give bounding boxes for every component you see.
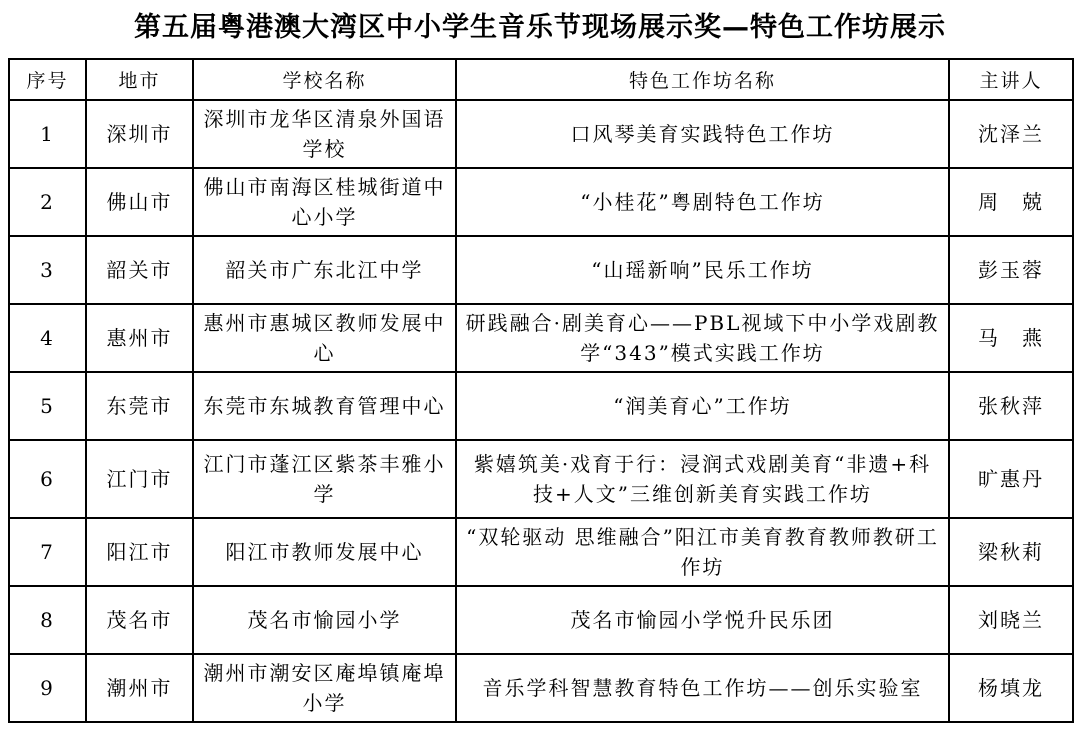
cell-no: 3	[9, 236, 86, 304]
cell-speaker: 杨填龙	[949, 654, 1073, 722]
table-row: 2 佛山市 佛山市南海区桂城街道中心小学 “小桂花”粤剧特色工作坊 周 兢	[9, 168, 1073, 236]
cell-workshop: 茂名市愉园小学悦升民乐团	[456, 586, 949, 654]
table-row: 9 潮州市 潮州市潮安区庵埠镇庵埠小学 音乐学科智慧教育特色工作坊——创乐实验室…	[9, 654, 1073, 722]
cell-workshop: 口风琴美育实践特色工作坊	[456, 100, 949, 168]
cell-city: 韶关市	[86, 236, 193, 304]
table-row: 5 东莞市 东莞市东城教育管理中心 “润美育心”工作坊 张秋萍	[9, 372, 1073, 440]
cell-school: 阳江市教师发展中心	[193, 518, 456, 586]
cell-school: 茂名市愉园小学	[193, 586, 456, 654]
cell-speaker: 马 燕	[949, 304, 1073, 372]
cell-workshop: 紫嬉筑美·戏育于行：浸润式戏剧美育“非遗+科技+人文”三维创新美育实践工作坊	[456, 440, 949, 518]
cell-workshop: 研践融合·剧美育心——PBL视域下中小学戏剧教学“343”模式实践工作坊	[456, 304, 949, 372]
cell-no: 2	[9, 168, 86, 236]
table-row: 6 江门市 江门市蓬江区紫茶丰雅小学 紫嬉筑美·戏育于行：浸润式戏剧美育“非遗+…	[9, 440, 1073, 518]
cell-school: 韶关市广东北江中学	[193, 236, 456, 304]
cell-city: 佛山市	[86, 168, 193, 236]
cell-workshop: “双轮驱动 思维融合”阳江市美育教育教师教研工作坊	[456, 518, 949, 586]
cell-workshop: “山瑶新响”民乐工作坊	[456, 236, 949, 304]
cell-no: 5	[9, 372, 86, 440]
table-row: 4 惠州市 惠州市惠城区教师发展中心 研践融合·剧美育心——PBL视域下中小学戏…	[9, 304, 1073, 372]
cell-no: 1	[9, 100, 86, 168]
cell-school: 惠州市惠城区教师发展中心	[193, 304, 456, 372]
cell-school: 东莞市东城教育管理中心	[193, 372, 456, 440]
cell-city: 东莞市	[86, 372, 193, 440]
cell-speaker: 彭玉蓉	[949, 236, 1073, 304]
cell-workshop: “润美育心”工作坊	[456, 372, 949, 440]
header-school: 学校名称	[193, 59, 456, 100]
cell-city: 茂名市	[86, 586, 193, 654]
cell-speaker: 刘晓兰	[949, 586, 1073, 654]
cell-speaker: 张秋萍	[949, 372, 1073, 440]
table-row: 8 茂名市 茂名市愉园小学 茂名市愉园小学悦升民乐团 刘晓兰	[9, 586, 1073, 654]
cell-city: 潮州市	[86, 654, 193, 722]
cell-no: 9	[9, 654, 86, 722]
cell-no: 6	[9, 440, 86, 518]
header-workshop: 特色工作坊名称	[456, 59, 949, 100]
cell-city: 深圳市	[86, 100, 193, 168]
cell-speaker: 旷惠丹	[949, 440, 1073, 518]
cell-school: 潮州市潮安区庵埠镇庵埠小学	[193, 654, 456, 722]
cell-city: 惠州市	[86, 304, 193, 372]
cell-school: 江门市蓬江区紫茶丰雅小学	[193, 440, 456, 518]
page-title: 第五届粤港澳大湾区中小学生音乐节现场展示奖—特色工作坊展示	[0, 0, 1080, 46]
cell-speaker: 梁秋莉	[949, 518, 1073, 586]
document-page: 第五届粤港澳大湾区中小学生音乐节现场展示奖—特色工作坊展示 序号 地市 学校名称…	[0, 0, 1080, 729]
header-city: 地市	[86, 59, 193, 100]
header-no: 序号	[9, 59, 86, 100]
cell-no: 4	[9, 304, 86, 372]
header-speaker: 主讲人	[949, 59, 1073, 100]
cell-workshop: 音乐学科智慧教育特色工作坊——创乐实验室	[456, 654, 949, 722]
cell-city: 阳江市	[86, 518, 193, 586]
cell-no: 7	[9, 518, 86, 586]
table-row: 1 深圳市 深圳市龙华区清泉外国语学校 口风琴美育实践特色工作坊 沈泽兰	[9, 100, 1073, 168]
cell-speaker: 沈泽兰	[949, 100, 1073, 168]
awards-table: 序号 地市 学校名称 特色工作坊名称 主讲人 1 深圳市 深圳市龙华区清泉外国语…	[8, 58, 1074, 723]
table-row: 7 阳江市 阳江市教师发展中心 “双轮驱动 思维融合”阳江市美育教育教师教研工作…	[9, 518, 1073, 586]
cell-school: 佛山市南海区桂城街道中心小学	[193, 168, 456, 236]
table-row: 3 韶关市 韶关市广东北江中学 “山瑶新响”民乐工作坊 彭玉蓉	[9, 236, 1073, 304]
cell-school: 深圳市龙华区清泉外国语学校	[193, 100, 456, 168]
header-row: 序号 地市 学校名称 特色工作坊名称 主讲人	[9, 59, 1073, 100]
cell-no: 8	[9, 586, 86, 654]
cell-city: 江门市	[86, 440, 193, 518]
cell-speaker: 周 兢	[949, 168, 1073, 236]
cell-workshop: “小桂花”粤剧特色工作坊	[456, 168, 949, 236]
